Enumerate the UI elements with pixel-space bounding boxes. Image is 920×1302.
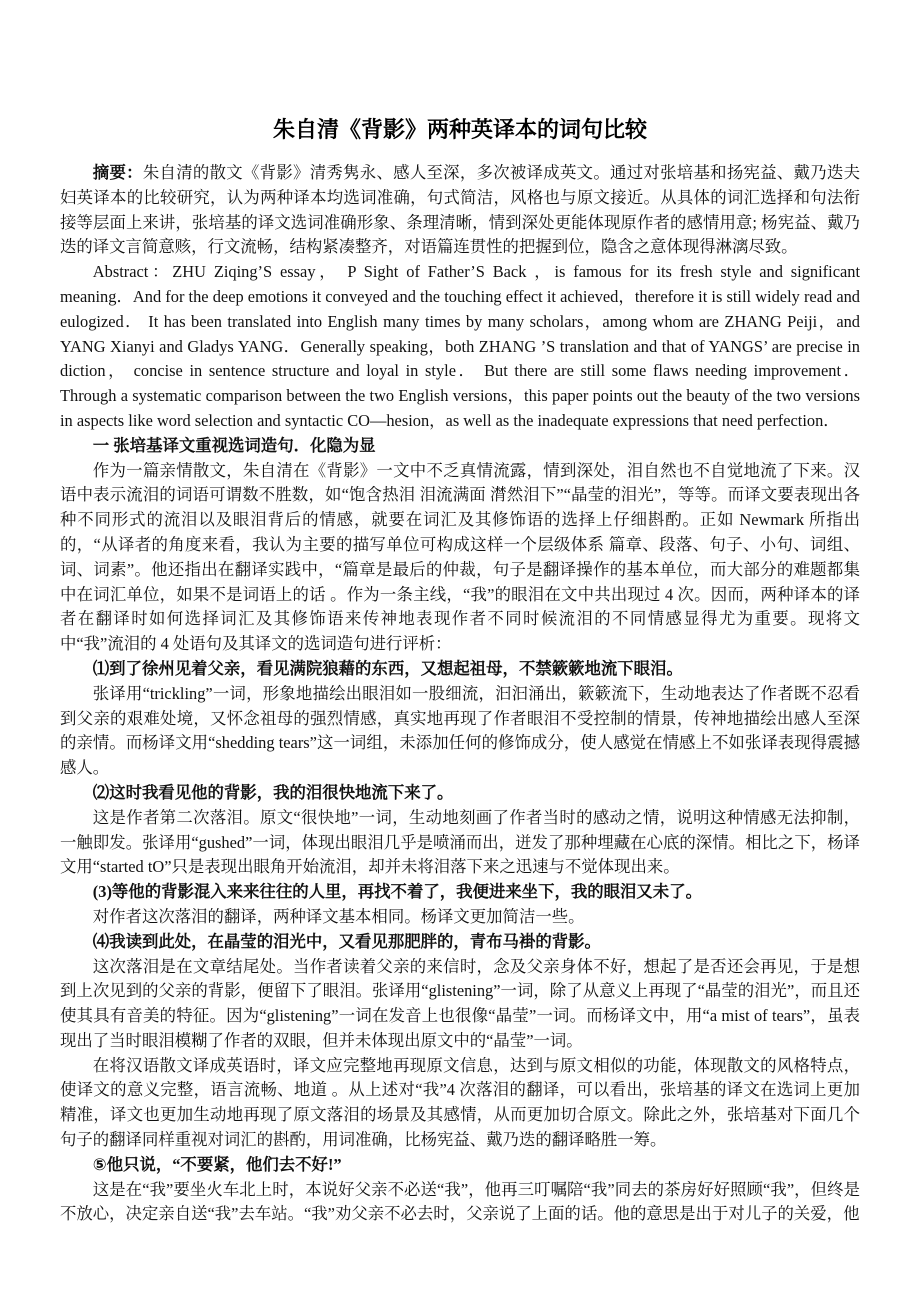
example-5-analysis: 这是在“我”要坐火车北上时，本说好父亲不必送“我”，他再三叮嘱陪“我”同去的茶房…: [60, 1178, 860, 1228]
example-3-analysis: 对作者这次落泪的翻译，两种译文基本相同。杨译文更加简洁一些。: [60, 905, 860, 930]
document-page: 朱自清《背影》两种英译本的词句比较 摘要：朱自清的散文《背影》清秀隽永、感人至深…: [0, 0, 920, 1302]
abstract-en: Abstract：ZHU Ziqing’S essay， P Sight of …: [60, 260, 860, 434]
section-1-intro: 作为一篇亲情散文，朱自清在《背影》一文中不乏真情流露，情到深处，泪自然也不自觉地…: [60, 459, 860, 657]
example-1-analysis: 张译用“trickling”一词，形象地描绘出眼泪如一股细流，汩汩涌出，簌簌流下…: [60, 682, 860, 781]
example-2: ⑵这时我看见他的背影，我的泪很快地流下来了。: [60, 781, 860, 806]
example-5: ⑤他只说，“不要紧，他们去不好!”: [60, 1153, 860, 1178]
summary-paragraph: 在将汉语散文译成英语时，译文应完整地再现原文信息，达到与原文相似的功能，体现散文…: [60, 1054, 860, 1153]
abstract-zh-label: 摘要：: [93, 163, 143, 182]
example-4: ⑷我读到此处，在晶莹的泪光中，又看见那肥胖的，青布马褂的背影。: [60, 930, 860, 955]
example-2-analysis: 这是作者第二次落泪。原文“很快地”一词，生动地刻画了作者当时的感动之情，说明这种…: [60, 806, 860, 880]
abstract-zh: 摘要：朱自清的散文《背影》清秀隽永、感人至深，多次被译成英文。通过对张培基和扬宪…: [60, 161, 860, 260]
document-body: 摘要：朱自清的散文《背影》清秀隽永、感人至深，多次被译成英文。通过对张培基和扬宪…: [60, 161, 860, 1227]
example-1: ⑴到了徐州见着父亲，看见满院狼藉的东西，又想起祖母，不禁簌簌地流下眼泪。: [60, 657, 860, 682]
example-3: (3)等他的背影混入来来往往的人里，再找不着了，我便进来坐下，我的眼泪又未了。: [60, 880, 860, 905]
example-4-analysis: 这次落泪是在文章结尾处。当作者读着父亲的来信时，念及父亲身体不好，想起了是否还会…: [60, 955, 860, 1054]
document-title: 朱自清《背影》两种英译本的词句比较: [60, 114, 860, 146]
section-1-heading: 一 张培基译文重视选词造句．化隐为显: [60, 434, 860, 459]
